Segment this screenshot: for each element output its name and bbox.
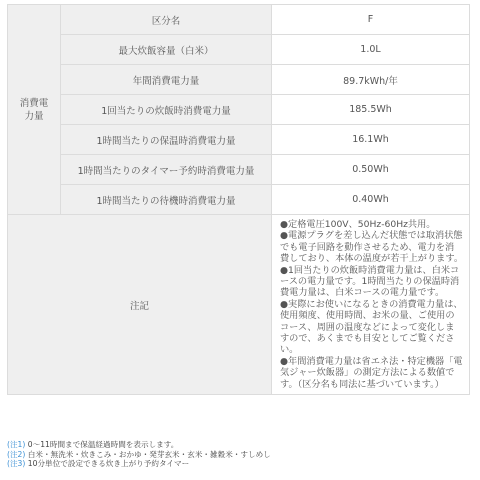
note-item: ●1回当たりの炊飯時消費電力量は、白米コースの電力量です。1時間当たりの保温時消… [280,265,463,299]
row-value: 0.40Wh [272,185,470,215]
notes-label: 注記 [8,215,272,395]
footnote-text: 白米・無洗米・炊きこみ・おかゆ・発芽玄米・玄米・雑穀米・すしめし [28,450,271,459]
table-row: 年間消費電力量 89.7kWh/年 [8,65,470,95]
row-label: 1回当たりの炊飯時消費電力量 [61,95,272,125]
footnote-item: (注2) 白米・無洗米・炊きこみ・おかゆ・発芽玄米・玄米・雑穀米・すしめし [7,450,271,460]
spec-table: 消費電 力量 区分名 F 最大炊飯容量（白米） 1.0L 年間消費電力量 89.… [7,4,470,395]
note-item: ●実際にお使いになるときの消費電力量は、使用頻度、使用時間、お米の量、ご使用のコ… [280,299,463,356]
group-label-line-2: 力量 [24,111,43,122]
table-row: 1時間当たりの保温時消費電力量 16.1Wh [8,125,470,155]
footnote-text: 10分単位で設定できる炊き上がり予約タイマー [28,459,189,468]
footnote-item: (注1) 0〜11時間まで保温経過時間を表示します。 [7,440,271,450]
footnote-tag: (注3) [7,459,25,468]
table-row: 最大炊飯容量（白米） 1.0L [8,35,470,65]
table-row: 1回当たりの炊飯時消費電力量 185.5Wh [8,95,470,125]
row-value: 16.1Wh [272,125,470,155]
footnote-item: (注3) 10分単位で設定できる炊き上がり予約タイマー [7,459,271,469]
notes-row: 注記 ●定格電圧100V、50Hz-60Hz共用。 ●電源プラグを差し込んだ状態… [8,215,470,395]
table-row: 1時間当たりの待機時消費電力量 0.40Wh [8,185,470,215]
row-label: 区分名 [61,5,272,35]
row-label: 年間消費電力量 [61,65,272,95]
footnote-text: 0〜11時間まで保温経過時間を表示します。 [28,440,179,449]
footnotes: (注1) 0〜11時間まで保温経過時間を表示します。 (注2) 白米・無洗米・炊… [7,440,271,469]
group-label-line-1: 消費電 [20,98,49,109]
row-label: 最大炊飯容量（白米） [61,35,272,65]
row-label: 1時間当たりのタイマー予約時消費電力量 [61,155,272,185]
table-row: 消費電 力量 区分名 F [8,5,470,35]
note-item: ●定格電圧100V、50Hz-60Hz共用。 [280,219,463,230]
row-label: 1時間当たりの待機時消費電力量 [61,185,272,215]
row-value: 0.50Wh [272,155,470,185]
table-row: 1時間当たりのタイマー予約時消費電力量 0.50Wh [8,155,470,185]
note-item: ●電源プラグを差し込んだ状態では取消状態でも電子回路を動作させるため、電力を消費… [280,230,463,264]
row-value: 89.7kWh/年 [272,65,470,95]
notes-cell: ●定格電圧100V、50Hz-60Hz共用。 ●電源プラグを差し込んだ状態では取… [272,215,470,395]
row-value: 1.0L [272,35,470,65]
footnote-tag: (注2) [7,450,25,459]
group-label-power-consumption: 消費電 力量 [8,5,61,215]
row-label: 1時間当たりの保温時消費電力量 [61,125,272,155]
note-item: ●年間消費電力量は省エネ法・特定機器「電気ジャー炊飯器」の測定方法による数値です… [280,356,463,390]
row-value: F [272,5,470,35]
footnote-tag: (注1) [7,440,25,449]
row-value: 185.5Wh [272,95,470,125]
